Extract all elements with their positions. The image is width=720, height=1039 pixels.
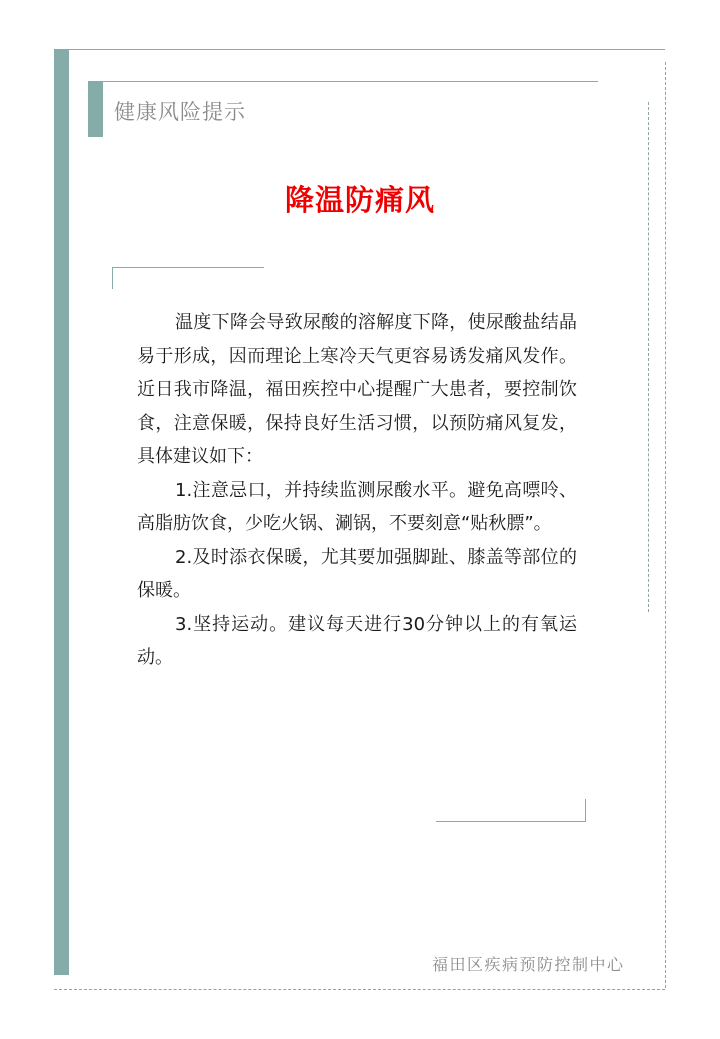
paragraph-advice-3: 3.坚持运动。建议每天进行30分钟以上的有氧运动。 bbox=[137, 608, 577, 675]
bottom-dashed-border bbox=[54, 989, 665, 990]
top-border-line bbox=[69, 49, 665, 50]
article-body: 温度下降会导致尿酸的溶解度下降，使尿酸盐结晶易于形成，因而理论上寒冷天气更容易诱… bbox=[137, 306, 577, 675]
paragraph-advice-2: 2.及时添衣保暖，尤其要加强脚趾、膝盖等部位的保暖。 bbox=[137, 541, 577, 608]
paragraph-advice-1: 1.注意忌口，并持续监测尿酸水平。避免高嘌呤、高脂肪饮食，少吃火锅、涮锅，不要刻… bbox=[137, 474, 577, 541]
section-header-line bbox=[103, 81, 598, 82]
corner-bracket-bottom-right-vertical bbox=[585, 799, 586, 822]
corner-bracket-top-left-vertical bbox=[112, 267, 113, 289]
corner-bracket-top-left bbox=[112, 267, 264, 268]
footer-organization: 福田区疾病预防控制中心 bbox=[432, 952, 625, 975]
document-title: 降温防痛风 bbox=[0, 178, 720, 219]
corner-bracket-bottom-right bbox=[436, 821, 586, 822]
section-header-accent bbox=[88, 81, 103, 137]
section-title: 健康风险提示 bbox=[114, 96, 246, 126]
paragraph-intro: 温度下降会导致尿酸的溶解度下降，使尿酸盐结晶易于形成，因而理论上寒冷天气更容易诱… bbox=[137, 306, 577, 474]
